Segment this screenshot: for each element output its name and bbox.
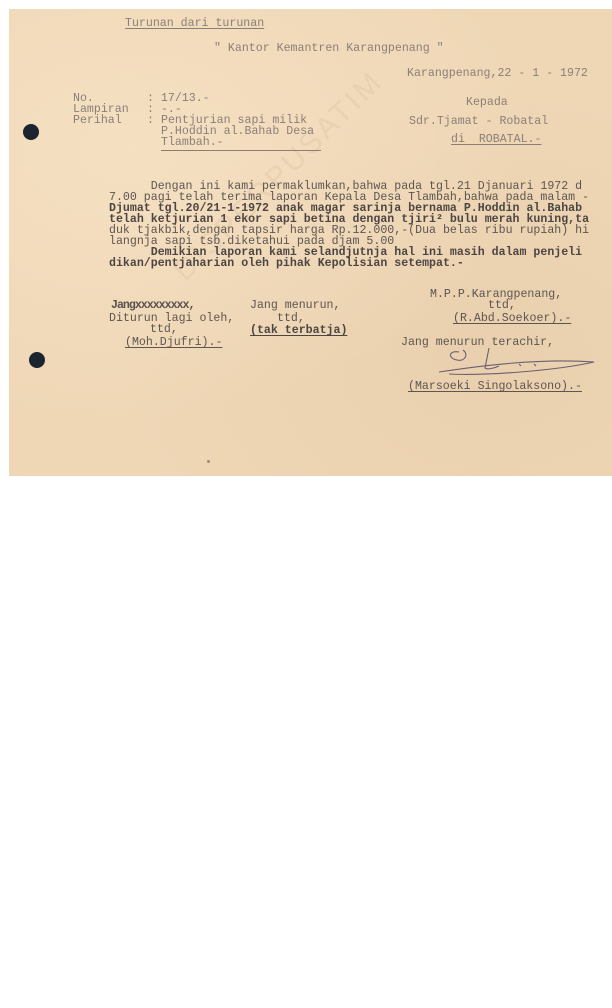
recipient-line: Kepada <box>466 97 508 108</box>
paper-mark <box>207 460 210 463</box>
recipient-line: di ROBATAL.- <box>451 134 541 145</box>
office-title: " Kantor Kemantren Karangpenang " <box>214 43 444 54</box>
header-note: Turunan dari turunan <box>125 18 264 29</box>
signature-line: Jang menurun, <box>250 300 340 311</box>
signature-name: (tak terbatja) <box>250 325 347 336</box>
body-line: dikan/pentjaharian oleh pihak Kepolisian… <box>109 258 464 269</box>
signature-name: (R.Abd.Soekoer).- <box>453 313 571 324</box>
recipient-line: Sdr.Tjamat - Robatal <box>409 116 548 127</box>
perihal-underline <box>161 150 321 151</box>
perihal-colon: : <box>147 115 154 126</box>
signature-line: ttd, <box>150 324 178 335</box>
signature-name: (Moh.Djufri).- <box>125 337 222 348</box>
signature-line: ttd, <box>277 313 305 324</box>
place-date: Karangpenang,22 - 1 - 1972 <box>407 68 588 79</box>
struck-text: Jangxxxxxxxxx, <box>111 300 194 311</box>
punch-hole-icon <box>23 124 39 140</box>
handwritten-signature-icon <box>429 344 599 380</box>
perihal-label: Perihal <box>73 115 122 126</box>
document-page: DISPERPUSATIM Turunan dari turunan " Kan… <box>9 9 612 476</box>
signature-line: ttd, <box>488 300 516 311</box>
signature-name: (Marsoeki Singolaksono).- <box>408 381 582 392</box>
punch-hole-icon <box>29 352 45 368</box>
perihal-line: Tlambah.- <box>161 137 224 148</box>
